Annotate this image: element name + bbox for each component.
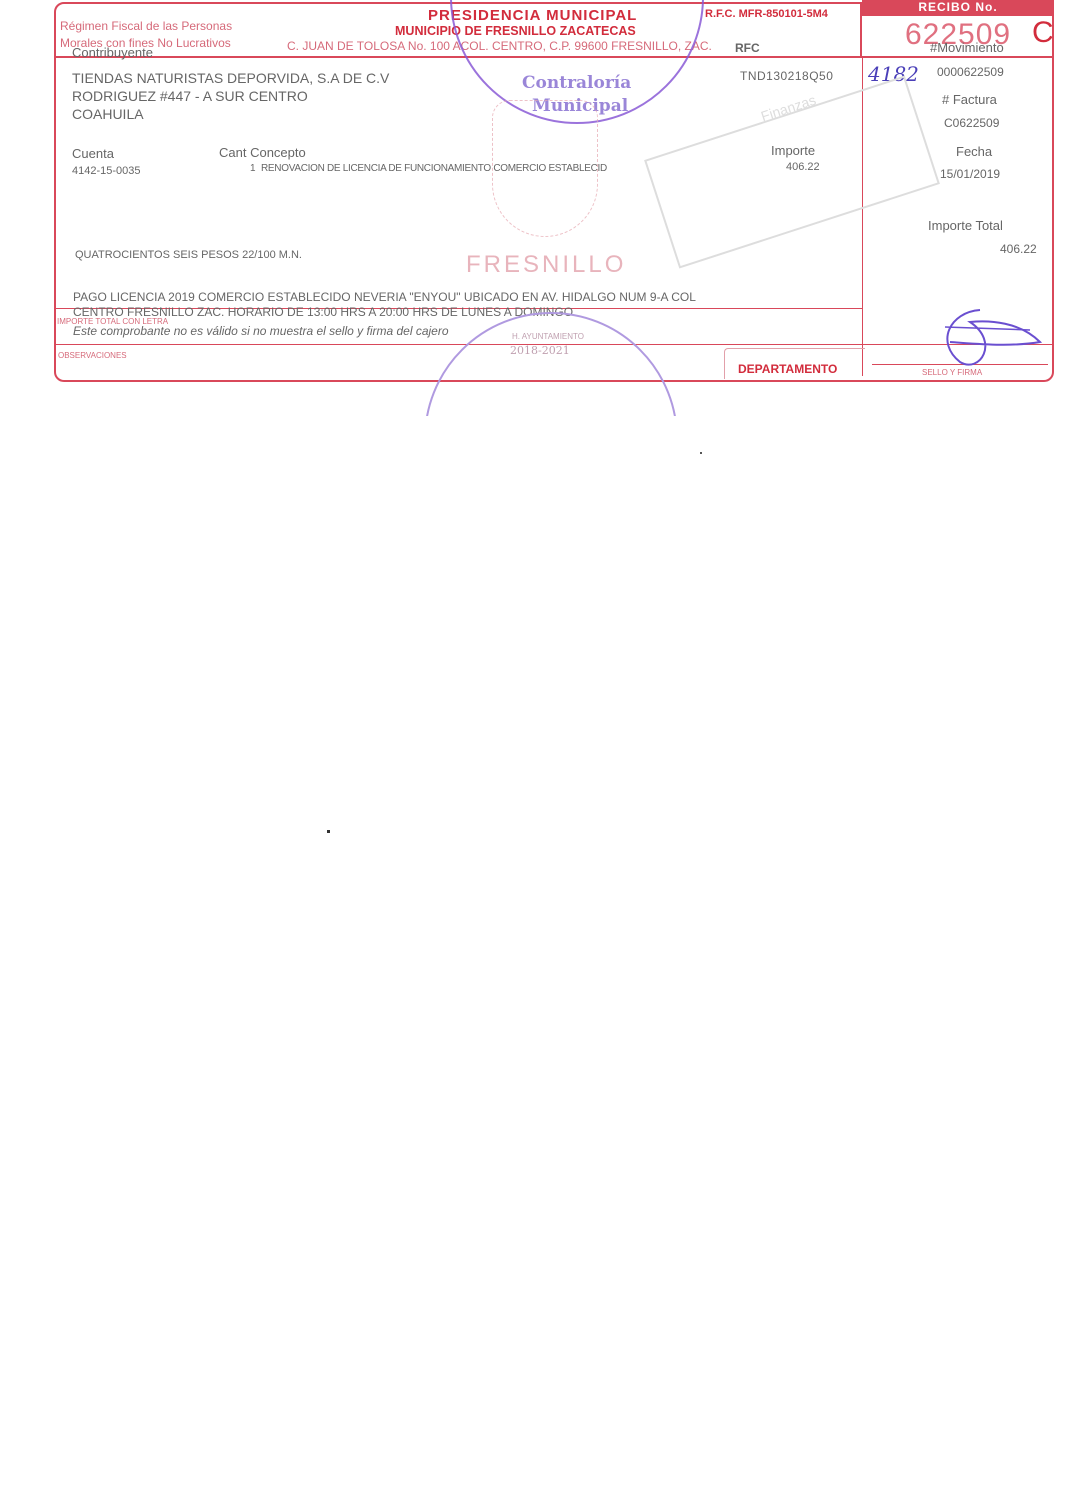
movimiento-label: #Movimiento bbox=[930, 40, 1004, 55]
scan-speck bbox=[700, 452, 702, 454]
importe-total-label: Importe Total bbox=[928, 218, 1003, 233]
row-cant: 1 bbox=[250, 163, 256, 174]
description-line1: PAGO LICENCIA 2019 COMERCIO ESTABLECIDO … bbox=[73, 290, 696, 304]
contribuyente-label: Contribuyente bbox=[72, 45, 153, 60]
signature-icon bbox=[930, 302, 1045, 377]
fecha-value: 15/01/2019 bbox=[940, 167, 1000, 181]
taxpayer-rfc: TND130218Q50 bbox=[740, 69, 833, 83]
fiscal-regime-line1: Régimen Fiscal de las Personas bbox=[60, 19, 232, 33]
recibo-series: C bbox=[1032, 16, 1054, 50]
contraloria-line1: Contraloría bbox=[522, 73, 631, 93]
fecha-label: Fecha bbox=[956, 144, 992, 159]
ayuntamiento-label: H. AYUNTAMIENTO bbox=[512, 332, 584, 341]
observaciones-label: OBSERVACIONES bbox=[58, 351, 127, 360]
importe-total-value: 406.22 bbox=[1000, 242, 1037, 256]
taxpayer-address: RODRIGUEZ #447 - A SUR CENTRO bbox=[72, 88, 308, 104]
departamento-label: DEPARTAMENTO bbox=[738, 362, 837, 376]
recibo-label: RECIBO No. bbox=[862, 0, 1054, 16]
divider bbox=[860, 2, 862, 56]
taxpayer-state: COAHUILA bbox=[72, 106, 144, 122]
amount-in-words: QUATROCIENTOS SEIS PESOS 22/100 M.N. bbox=[75, 249, 302, 261]
crest-text: FRESNILLO bbox=[466, 251, 626, 279]
org-rfc: R.F.C. MFR-850101-5M4 bbox=[705, 8, 828, 20]
crest-watermark-icon bbox=[492, 100, 598, 237]
movimiento-value: 0000622509 bbox=[937, 65, 1004, 79]
row-cuenta: 4142-15-0035 bbox=[72, 165, 141, 177]
scan-speck bbox=[327, 830, 330, 833]
factura-label: # Factura bbox=[942, 92, 997, 107]
rfc-label: RFC bbox=[735, 41, 760, 55]
taxpayer-name: TIENDAS NATURISTAS DEPORVIDA, S.A DE C.V bbox=[72, 70, 389, 86]
disclaimer: Este comprobante no es válido si no mues… bbox=[73, 324, 449, 338]
cant-concepto-header: Cant Concepto bbox=[219, 145, 306, 160]
factura-value: C0622509 bbox=[944, 116, 999, 130]
cuenta-header: Cuenta bbox=[72, 146, 114, 161]
ayuntamiento-years: 2018-2021 bbox=[510, 344, 570, 357]
